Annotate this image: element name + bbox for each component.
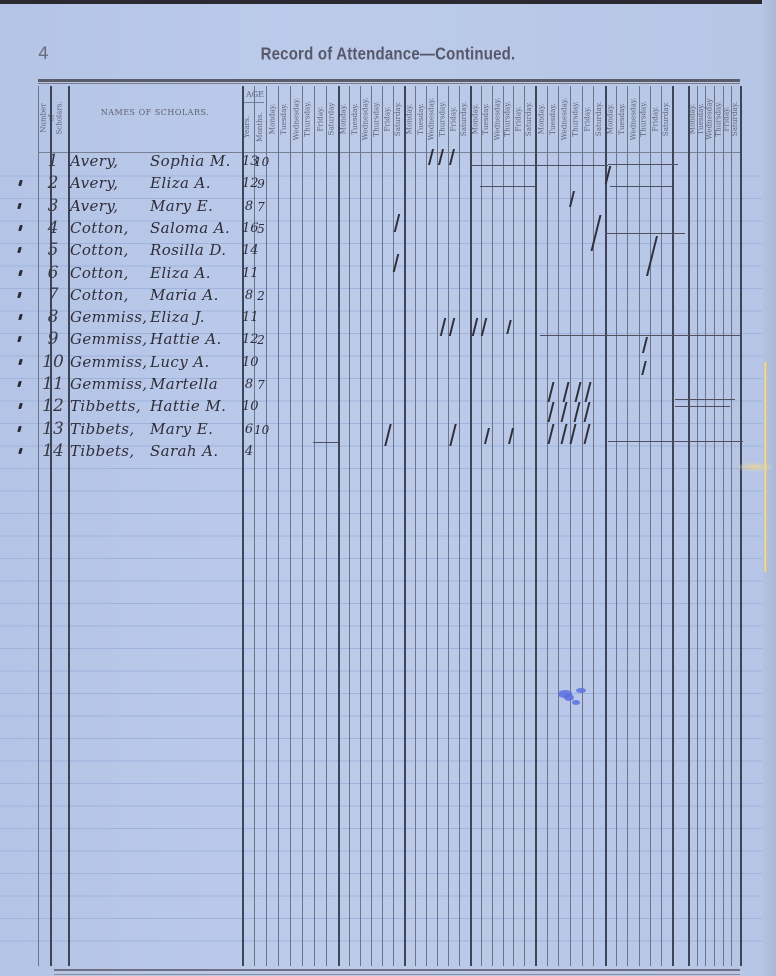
column-divider bbox=[437, 86, 438, 966]
header-day-label: Saturday. bbox=[732, 102, 740, 136]
column-divider bbox=[639, 86, 640, 966]
header-day: Saturday. bbox=[661, 88, 672, 150]
header-day: Saturday. bbox=[731, 88, 740, 150]
scholar-surname: Gemmiss, bbox=[70, 375, 150, 393]
header-day-label: Monday. bbox=[268, 104, 276, 135]
scholar-surname: Cotton, bbox=[70, 264, 150, 282]
scholar-surname: Gemmiss, bbox=[70, 353, 150, 371]
header-day-label: Friday. bbox=[316, 107, 324, 132]
scholar-name: Gemmiss,Eliza J. bbox=[70, 308, 240, 326]
header-day: Wednesday. bbox=[558, 88, 570, 150]
header-day: Friday. bbox=[513, 88, 524, 150]
column-divider bbox=[547, 86, 548, 966]
scholar-name: Avery,Eliza A. bbox=[70, 174, 240, 192]
column-divider bbox=[723, 86, 724, 966]
column-divider bbox=[38, 86, 39, 966]
column-divider-heavy bbox=[688, 86, 690, 966]
scholar-name: Tibbetts,Hattie M. bbox=[70, 397, 240, 415]
scholar-name: Avery,Sophia M. bbox=[70, 152, 240, 170]
pen-line bbox=[480, 186, 535, 187]
header-day-label: Tuesday. bbox=[351, 103, 359, 135]
scholar-number: 9 bbox=[40, 329, 66, 349]
header-age: AGE bbox=[243, 90, 267, 99]
scholar-number: 6 bbox=[40, 263, 66, 283]
column-divider bbox=[278, 86, 279, 966]
header-day: Saturday. bbox=[593, 88, 605, 150]
column-divider bbox=[492, 86, 493, 966]
scholar-surname: Avery, bbox=[70, 174, 150, 192]
scholar-name: Cotton,Rosilla D. bbox=[70, 241, 240, 259]
column-divider bbox=[254, 86, 255, 966]
scholar-given-name: Eliza J. bbox=[150, 308, 205, 326]
scholar-surname: Avery, bbox=[70, 197, 150, 215]
pen-line bbox=[675, 399, 735, 400]
column-divider bbox=[650, 86, 651, 966]
column-divider bbox=[593, 86, 594, 966]
header-years-label: Years. bbox=[243, 116, 251, 138]
header-day: Wednesday. bbox=[426, 88, 437, 150]
header-day: Wednesday bbox=[705, 88, 714, 150]
header-day: Wednesday. bbox=[492, 88, 503, 150]
column-divider bbox=[705, 86, 706, 966]
header-day-label: Wednesday. bbox=[292, 98, 300, 141]
header-day-label: Saturday. bbox=[461, 102, 469, 136]
binding-thread-knot bbox=[735, 462, 775, 472]
header-day: Tuesday. bbox=[349, 88, 360, 150]
header-day: Thursday. bbox=[302, 88, 314, 150]
header-day-label: Monday. bbox=[537, 104, 545, 135]
column-divider bbox=[731, 86, 732, 966]
scholar-surname: Tibbets, bbox=[70, 420, 150, 438]
header-day: Saturday bbox=[326, 88, 338, 150]
scholar-name: Cotton,Eliza A. bbox=[70, 264, 240, 282]
scholar-given-name: Rosilla D. bbox=[150, 241, 226, 259]
column-divider bbox=[290, 86, 291, 966]
header-day-label: Monday. bbox=[471, 104, 479, 135]
header-day: Friday. bbox=[448, 88, 459, 150]
header-day-label: Thursday. bbox=[504, 101, 512, 136]
scholar-number: 8 bbox=[40, 307, 66, 327]
scholar-given-name: Mary E. bbox=[150, 420, 213, 438]
header-day: Tuesday. bbox=[481, 88, 492, 150]
header-months: Months. bbox=[253, 104, 267, 150]
header-day: Thursday. bbox=[503, 88, 514, 150]
header-day-label: Saturday bbox=[328, 102, 336, 135]
header-day-label: Monday. bbox=[406, 104, 414, 135]
scholar-surname: Cotton, bbox=[70, 286, 150, 304]
age-months: 2 bbox=[254, 333, 268, 347]
column-divider bbox=[627, 86, 628, 966]
age-months: 7 bbox=[254, 378, 268, 392]
header-day-label: Wednesday bbox=[706, 98, 714, 139]
scholar-surname: Tibbets, bbox=[70, 442, 150, 460]
age-years: 10 bbox=[242, 355, 256, 370]
scholar-surname: Cotton, bbox=[70, 241, 150, 259]
scholar-name: Gemmiss,Hattie A. bbox=[70, 330, 240, 348]
scholar-name: Tibbets,Mary E. bbox=[70, 420, 240, 438]
column-divider bbox=[570, 86, 571, 966]
bottom-double-rule-thin bbox=[54, 974, 740, 975]
header-names-of-scholars: NAMES OF SCHOLARS. bbox=[68, 108, 242, 117]
column-divider bbox=[302, 86, 303, 966]
header-day: Friday. bbox=[314, 88, 326, 150]
column-divider bbox=[393, 86, 394, 966]
age-years: 4 bbox=[242, 444, 256, 459]
header-day: Thursday. bbox=[371, 88, 382, 150]
column-divider bbox=[314, 86, 315, 966]
pen-line bbox=[610, 186, 672, 187]
scholar-number: 7 bbox=[40, 285, 66, 305]
age-months: 5 bbox=[254, 222, 268, 236]
page-top-edge bbox=[0, 0, 776, 4]
column-divider bbox=[582, 86, 583, 966]
page-title: Record of Attendance—Continued. bbox=[0, 45, 776, 65]
age-years: 11 bbox=[242, 310, 256, 325]
scholar-number: 10 bbox=[40, 352, 66, 372]
column-divider bbox=[661, 86, 662, 966]
pen-line bbox=[675, 406, 730, 407]
scholar-given-name: Eliza A. bbox=[150, 264, 211, 282]
scholar-given-name: Mary E. bbox=[150, 197, 213, 215]
ink-blot bbox=[558, 688, 592, 708]
header-day: Wednesday. bbox=[627, 88, 638, 150]
column-divider-heavy bbox=[242, 86, 244, 966]
scholar-given-name: Saloma A. bbox=[150, 219, 230, 237]
header-day-label: Friday. bbox=[384, 107, 392, 132]
column-divider-heavy bbox=[470, 86, 472, 966]
pen-line bbox=[608, 164, 678, 165]
scholar-surname: Tibbetts, bbox=[70, 397, 150, 415]
column-divider bbox=[448, 86, 449, 966]
header-day: Saturday. bbox=[393, 88, 404, 150]
column-divider bbox=[371, 86, 372, 966]
column-divider-heavy bbox=[404, 86, 406, 966]
column-divider-heavy bbox=[605, 86, 607, 966]
scholar-given-name: Lucy A. bbox=[150, 353, 210, 371]
column-divider bbox=[616, 86, 617, 966]
pen-line bbox=[470, 165, 608, 166]
top-double-rule bbox=[38, 79, 740, 82]
header-day: Thursday. bbox=[639, 88, 650, 150]
scholar-number: 12 bbox=[40, 396, 66, 416]
header-day: Thursday. bbox=[570, 88, 582, 150]
header-day: Thursday. bbox=[437, 88, 448, 150]
scholar-number: 14 bbox=[40, 441, 66, 461]
scholar-name: Tibbets,Sarah A. bbox=[70, 442, 240, 460]
column-divider bbox=[426, 86, 427, 966]
header-day-label: Thursday. bbox=[304, 101, 312, 136]
header-day: Wednesday. bbox=[360, 88, 371, 150]
age-months: 9 bbox=[254, 177, 268, 191]
scholar-number: 1 bbox=[40, 151, 66, 171]
header-day: Tuesday. bbox=[278, 88, 290, 150]
header-day-label: Friday. bbox=[515, 107, 523, 132]
header-day: Tuesday. bbox=[415, 88, 426, 150]
scholar-number: 3 bbox=[40, 196, 66, 216]
age-years: 14 bbox=[242, 243, 256, 258]
age-months: 10 bbox=[254, 155, 268, 169]
age-months: 10 bbox=[254, 423, 268, 437]
scholar-surname: Avery, bbox=[70, 152, 150, 170]
scholar-given-name: Hattie M. bbox=[150, 397, 226, 415]
scholar-given-name: Martella bbox=[150, 375, 218, 393]
header-day: Friday. bbox=[650, 88, 661, 150]
scholar-number: 11 bbox=[40, 374, 66, 394]
header-day: Friday. bbox=[382, 88, 393, 150]
header-day: Saturday. bbox=[524, 88, 535, 150]
header-day-label: Thursday. bbox=[640, 101, 648, 136]
scholar-number: 2 bbox=[40, 173, 66, 193]
header-day: Friday. bbox=[582, 88, 594, 150]
header-day-label: Thursday. bbox=[572, 101, 580, 136]
header-day: Monday. bbox=[266, 88, 278, 150]
scholar-name: Gemmiss,Martella bbox=[70, 375, 240, 393]
column-divider-heavy bbox=[338, 86, 340, 966]
header-day-label: Saturday. bbox=[526, 102, 534, 136]
column-divider-heavy bbox=[740, 86, 742, 966]
column-divider bbox=[360, 86, 361, 966]
scholar-number: 13 bbox=[40, 419, 66, 439]
scholar-given-name: Sophia M. bbox=[150, 152, 231, 170]
column-divider bbox=[503, 86, 504, 966]
pen-line bbox=[540, 335, 740, 336]
header-day-label: Saturday. bbox=[662, 102, 670, 136]
column-divider bbox=[326, 86, 327, 966]
header-day-label: Thursday. bbox=[439, 101, 447, 136]
scholar-number: 5 bbox=[40, 240, 66, 260]
scholar-number: 4 bbox=[40, 218, 66, 238]
scholar-given-name: Eliza A. bbox=[150, 174, 211, 192]
scholar-name: Cotton,Saloma A. bbox=[70, 219, 240, 237]
column-divider bbox=[349, 86, 350, 966]
header-day-label: Monday. bbox=[607, 104, 615, 135]
header-day: Tuesday. bbox=[616, 88, 627, 150]
scholar-surname: Gemmiss, bbox=[70, 330, 150, 348]
column-divider bbox=[558, 86, 559, 966]
header-day-label: Monday. bbox=[340, 104, 348, 135]
header-day-label: Wednesday. bbox=[362, 98, 370, 141]
header-day-label: Friday. bbox=[583, 107, 591, 132]
header-day-label: Wednesday. bbox=[493, 98, 501, 141]
header-day: Tuesday. bbox=[547, 88, 559, 150]
header-day-label: Wednesday. bbox=[629, 98, 637, 141]
column-divider bbox=[459, 86, 460, 966]
pen-line bbox=[605, 233, 685, 234]
column-divider bbox=[697, 86, 698, 966]
header-day-label: Wednesday. bbox=[560, 98, 568, 141]
column-divider-heavy bbox=[535, 86, 537, 966]
scholar-surname: Cotton, bbox=[70, 219, 150, 237]
header-day-label: Tuesday. bbox=[618, 103, 626, 135]
age-months: 2 bbox=[254, 289, 268, 303]
ledger-page: 4 Record of Attendance—Continued. Number… bbox=[0, 4, 776, 976]
scholar-name: Gemmiss,Lucy A. bbox=[70, 353, 240, 371]
pen-line bbox=[608, 441, 743, 442]
header-months-label: Months. bbox=[256, 112, 264, 142]
age-years: 11 bbox=[242, 266, 256, 281]
header-day-label: Friday. bbox=[651, 107, 659, 132]
column-divider bbox=[513, 86, 514, 966]
header-day-label: Tuesday. bbox=[280, 103, 288, 135]
age-months: 7 bbox=[254, 200, 268, 214]
scholar-name: Avery,Mary E. bbox=[70, 197, 240, 215]
age-years: 10 bbox=[242, 399, 256, 414]
scholar-given-name: Maria A. bbox=[150, 286, 219, 304]
scholar-surname: Gemmiss, bbox=[70, 308, 150, 326]
top-double-rule-thin bbox=[38, 83, 740, 84]
header-day-label: Tuesday. bbox=[417, 103, 425, 135]
scholar-name: Cotton,Maria A. bbox=[70, 286, 240, 304]
pen-line bbox=[313, 442, 339, 443]
header-day-label: Saturday. bbox=[595, 102, 603, 136]
header-day-label: Friday. bbox=[450, 107, 458, 132]
scholar-given-name: Sarah A. bbox=[150, 442, 219, 460]
header-day-label: Tuesday. bbox=[548, 103, 556, 135]
column-divider bbox=[481, 86, 482, 966]
header-day-label: Wednesday. bbox=[428, 98, 436, 141]
column-divider bbox=[714, 86, 715, 966]
column-divider bbox=[415, 86, 416, 966]
scholar-given-name: Hattie A. bbox=[150, 330, 222, 348]
header-day-label: Saturday. bbox=[395, 102, 403, 136]
column-divider bbox=[382, 86, 383, 966]
header-day: Wednesday. bbox=[290, 88, 302, 150]
header-day-label: Tuesday. bbox=[482, 103, 490, 135]
header-day: Saturday. bbox=[459, 88, 470, 150]
column-divider bbox=[524, 86, 525, 966]
column-divider bbox=[266, 86, 267, 966]
bottom-double-rule bbox=[54, 969, 740, 971]
column-divider-heavy bbox=[672, 86, 674, 966]
header-day-label: Thursday. bbox=[373, 101, 381, 136]
